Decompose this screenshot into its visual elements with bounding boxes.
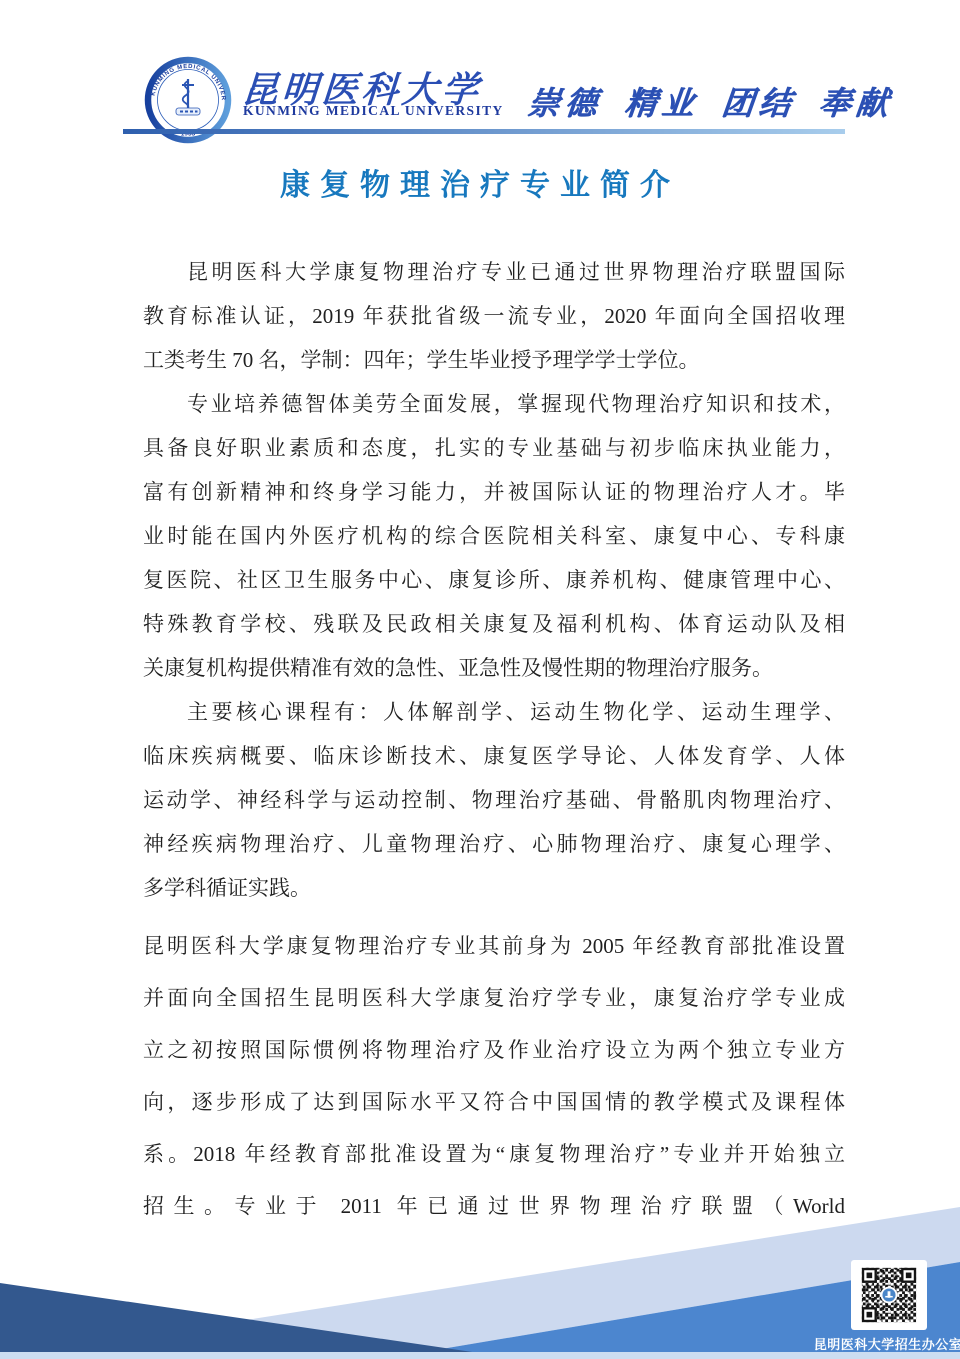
- text-line: 关康复机构提供精准有效的急性、亚急性及慢性期的物理治疗服务。: [143, 646, 845, 690]
- text-line: 神经疾病物理治疗、儿童物理治疗、心肺物理治疗、康复心理学、: [143, 822, 845, 866]
- text-line: 教育标准认证，2019 年获批省级一流专业，2020 年面向全国招收理: [143, 294, 845, 338]
- text-line: 向，逐步形成了达到国际水平又符合中国国情的教学模式及课程体: [143, 1076, 845, 1128]
- text-line: 昆明医科大学康复物理治疗专业其前身为 2005 年经教育部批准设置: [143, 920, 845, 972]
- text-line: 运动学、神经科学与运动控制、物理治疗基础、骨骼肌肉物理治疗、: [143, 778, 845, 822]
- text-line: 富有创新精神和终身学习能力，并被国际认证的物理治疗人才。毕: [143, 470, 845, 514]
- qr-center-logo: [881, 1287, 898, 1304]
- qr-caption: 昆明医科大学招生办公室: [812, 1334, 960, 1353]
- text-line: 专业培养德智体美劳全面发展，掌握现代物理治疗知识和技术，: [143, 382, 845, 426]
- text-line: 并面向全国招生昆明医科大学康复治疗学专业，康复治疗学专业成: [143, 972, 845, 1024]
- text-line: 多学科循证实践。: [143, 866, 845, 910]
- text-line: 系。2018 年经教育部批准设置为“康复物理治疗”专业并开始独立: [143, 1128, 845, 1180]
- logo-banner: [176, 108, 200, 115]
- header-divider: [123, 129, 845, 134]
- bottom-strip-shape: [0, 1352, 960, 1359]
- qr-code-icon: [858, 1266, 920, 1324]
- text-line: 具备良好职业素质和态度，扎实的专业基础与初步临床执业能力，: [143, 426, 845, 470]
- university-name-en: KUNMING MEDICAL UNIVERSITY: [243, 103, 504, 119]
- text-line: 复医院、社区卫生服务中心、康复诊所、康养机构、健康管理中心、: [143, 558, 845, 602]
- paragraph: 主要核心课程有：人体解剖学、运动生物化学、运动生理学、临床疾病概要、临床诊断技术…: [143, 690, 845, 910]
- text-line: 工类考生 70 名，学制：四年；学生毕业授予理学学士学位。: [143, 338, 845, 382]
- text-line: 业时能在国内外医疗机构的综合医院相关科室、康复中心、专科康: [143, 514, 845, 558]
- text-line: 昆明医科大学康复物理治疗专业已通过世界物理治疗联盟国际: [143, 250, 845, 294]
- text-line: 主要核心课程有：人体解剖学、运动生物化学、运动生理学、: [143, 690, 845, 734]
- page-title: 康复物理治疗专业简介: [0, 160, 960, 204]
- paragraph: 昆明医科大学康复物理治疗专业已通过世界物理治疗联盟国际教育标准认证，2019 年…: [143, 250, 845, 382]
- text-line: 立之初按照国际惯例将物理治疗及作业治疗设立为两个独立专业方: [143, 1024, 845, 1076]
- document-page: KUNMING MEDICAL UNIVERSITY 1933 昆明医科大学 K…: [0, 0, 960, 1359]
- paragraph: 专业培养德智体美劳全面发展，掌握现代物理治疗知识和技术，具备良好职业素质和态度，…: [143, 382, 845, 690]
- document-body: 昆明医科大学康复物理治疗专业已通过世界物理治疗联盟国际教育标准认证，2019 年…: [143, 250, 845, 1232]
- text-line: 临床疾病概要、临床诊断技术、康复医学导论、人体发育学、人体: [143, 734, 845, 778]
- text-line: 特殊教育学校、残联及民政相关康复及福利机构、体育运动队及相: [143, 602, 845, 646]
- university-motto: 崇德 精业 团结 奉献: [526, 78, 861, 124]
- footer-decoration: [0, 1183, 960, 1359]
- qr-code-box: [851, 1260, 927, 1330]
